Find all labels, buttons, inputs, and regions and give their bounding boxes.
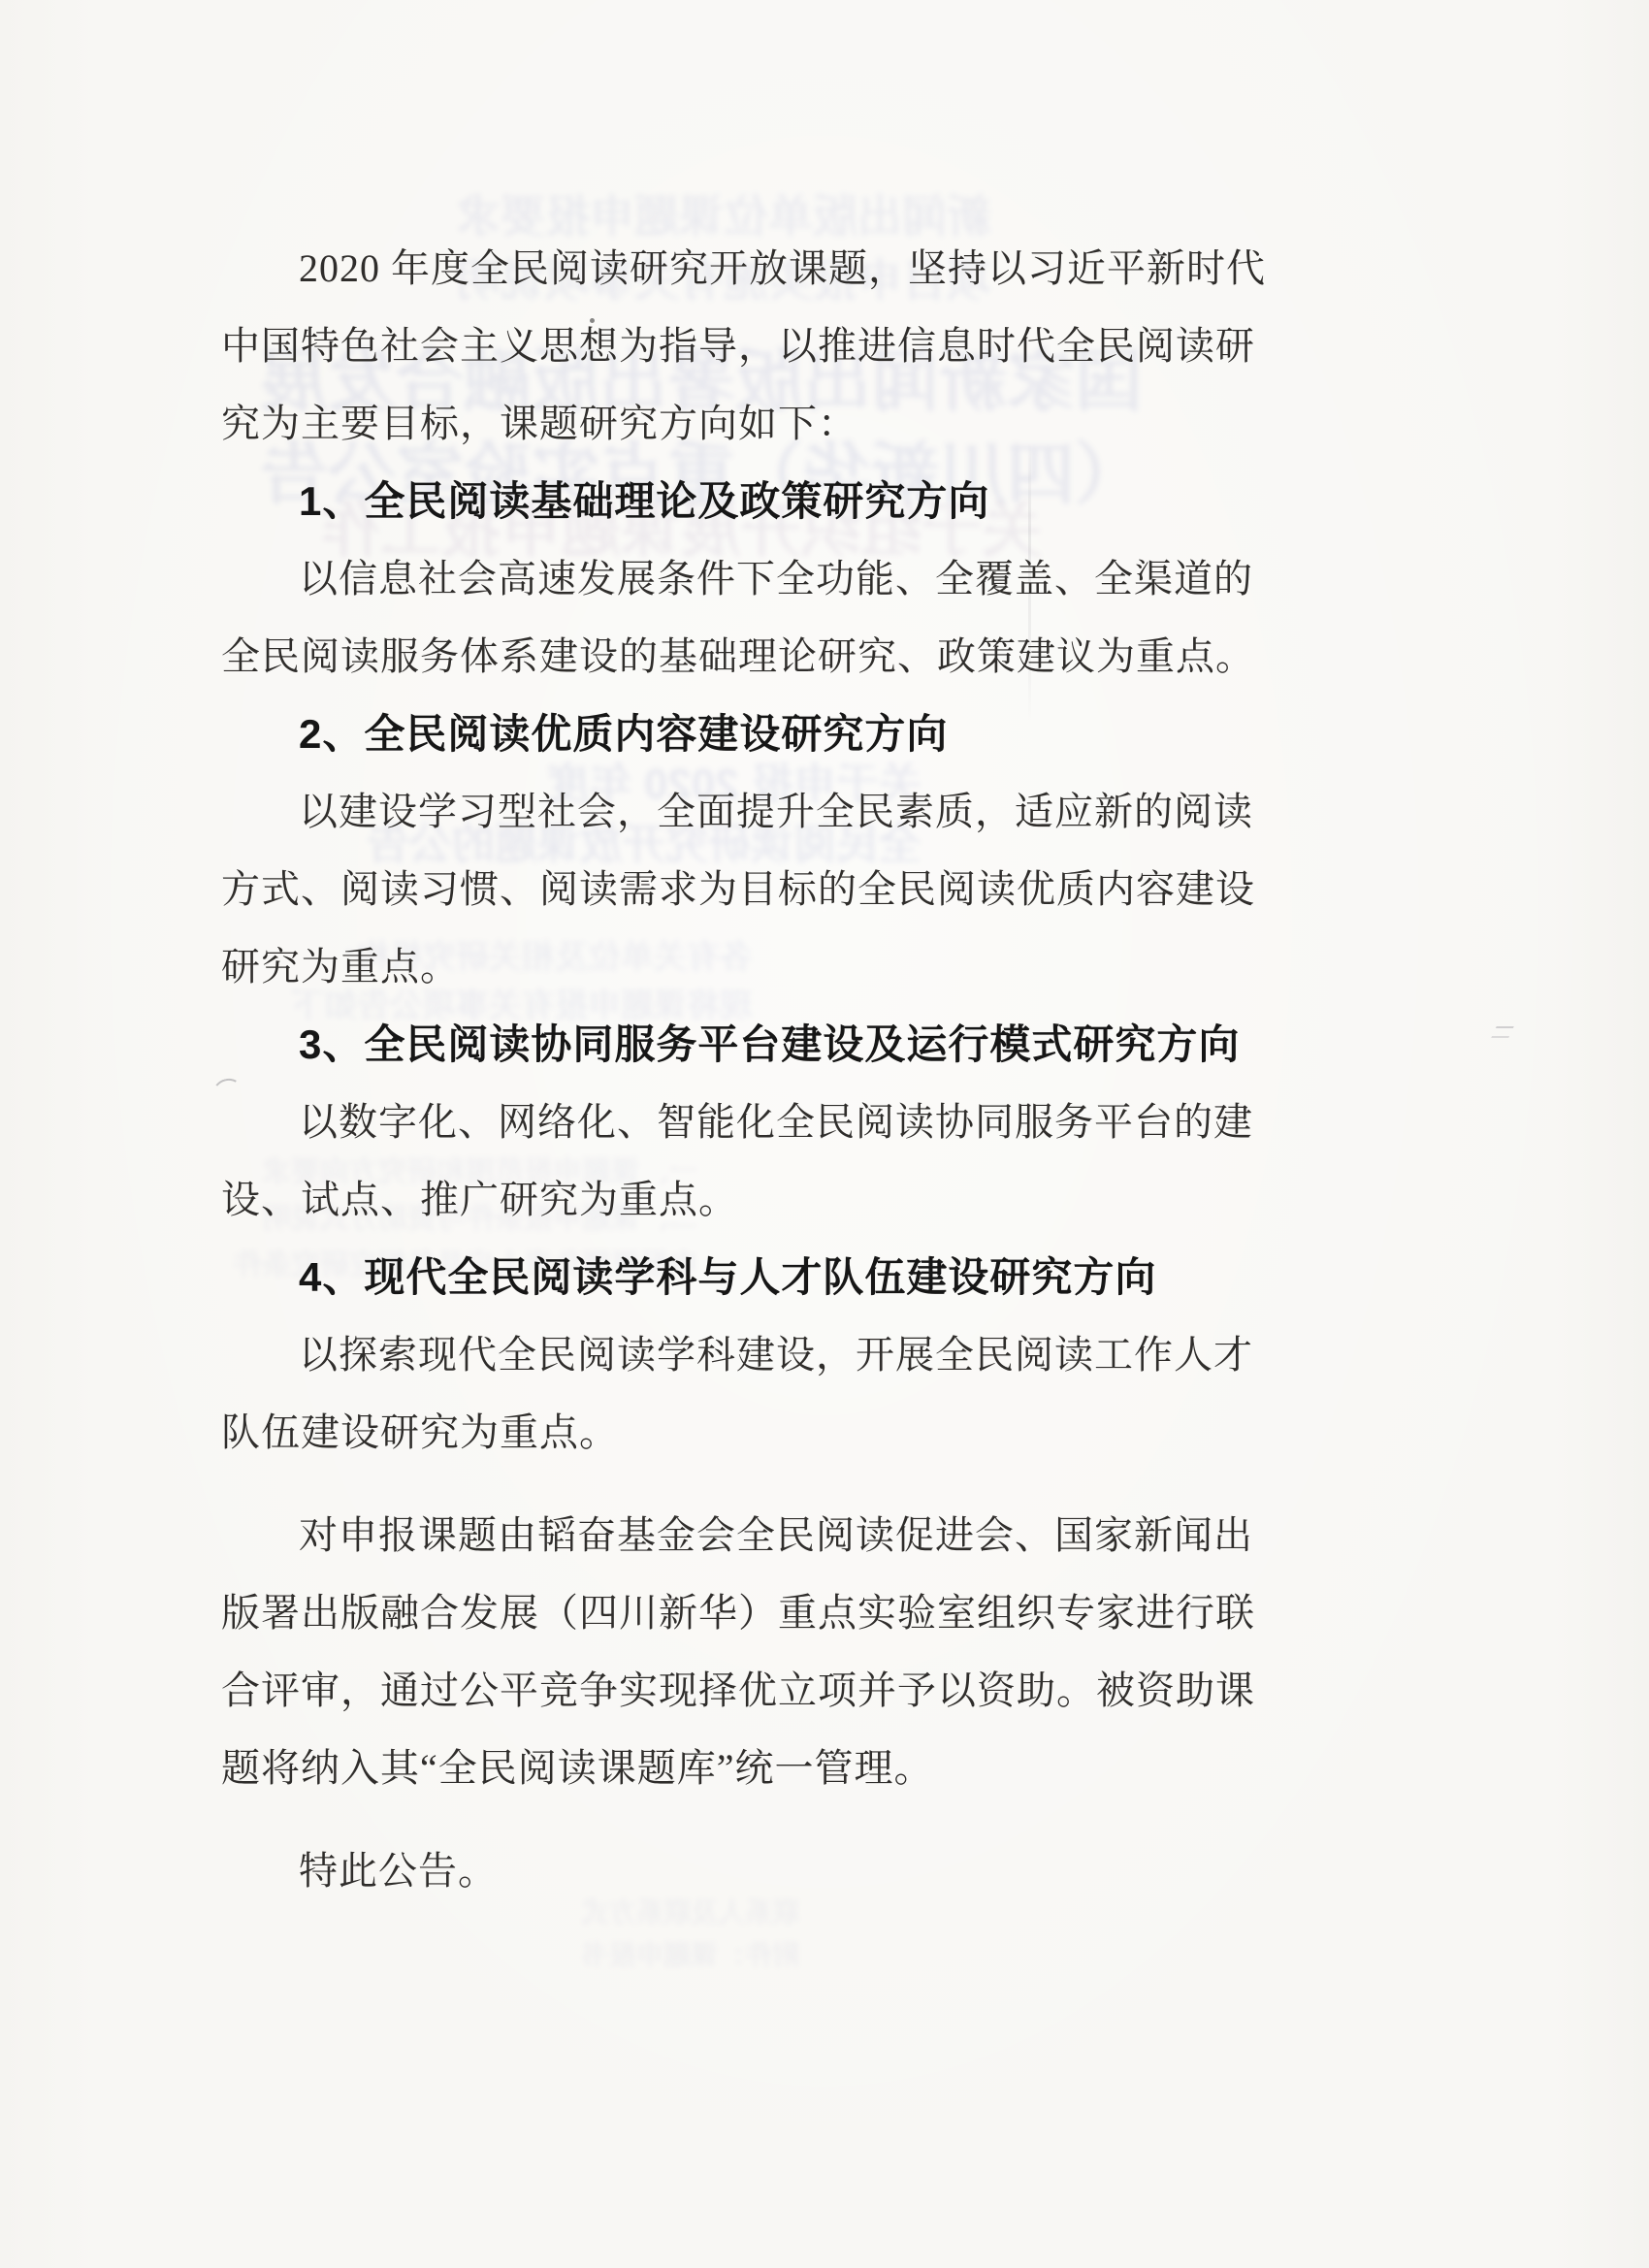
text-line: 研究为重点。	[221, 928, 1232, 1006]
document-text-block: 2020 年度全民阅读研究开放课题，坚持以习近平新时代中国特色社会主义思想为指导…	[221, 230, 1232, 1910]
text-line: 题将纳入其“全民阅读课题库”统一管理。	[221, 1730, 1232, 1807]
text-line: 版署出版融合发展（四川新华）重点实验室组织专家进行联	[221, 1574, 1232, 1652]
text-line: 合评审，通过公平竞争实现择优立项并予以资助。被资助课	[221, 1652, 1232, 1730]
margin-mark	[1491, 1026, 1514, 1038]
scanned-document-page: 新闻出版单位课题申报要求 项目申报实施有关事项说明国家新闻出版署出版融合发展 （…	[0, 0, 1649, 2268]
text-line: 设、试点、推广研究为重点。	[221, 1161, 1232, 1239]
text-line: 全民阅读服务体系建设的基础理论研究、政策建议为重点。	[221, 618, 1232, 696]
section-heading: 1、全民阅读基础理论及政策研究方向	[221, 463, 1232, 540]
section-heading: 2、全民阅读优质内容建设研究方向	[221, 696, 1232, 773]
text-line: 2020 年度全民阅读研究开放课题，坚持以习近平新时代	[221, 230, 1232, 308]
text-line: 究为主要目标，课题研究方向如下：	[221, 385, 1232, 463]
text-line: 以建设学习型社会，全面提升全民素质，适应新的阅读	[221, 773, 1232, 851]
text-line: 队伍建设研究为重点。	[221, 1394, 1232, 1472]
text-line: 对申报课题由韬奋基金会全民阅读促进会、国家新闻出	[221, 1497, 1232, 1574]
section-heading: 3、全民阅读协同服务平台建设及运行模式研究方向	[221, 1006, 1232, 1084]
section-heading: 4、现代全民阅读学科与人才队伍建设研究方向	[221, 1239, 1232, 1316]
text-line: 以探索现代全民阅读学科建设，开展全民阅读工作人才	[221, 1316, 1232, 1394]
text-line: 以信息社会高速发展条件下全功能、全覆盖、全渠道的	[221, 540, 1232, 618]
text-line: 方式、阅读习惯、阅读需求为目标的全民阅读优质内容建设	[221, 851, 1232, 928]
text-line: 以数字化、网络化、智能化全民阅读协同服务平台的建	[221, 1084, 1232, 1161]
text-line: 中国特色社会主义思想为指导，以推进信息时代全民阅读研	[221, 308, 1232, 385]
text-line: 特此公告。	[221, 1832, 1232, 1910]
